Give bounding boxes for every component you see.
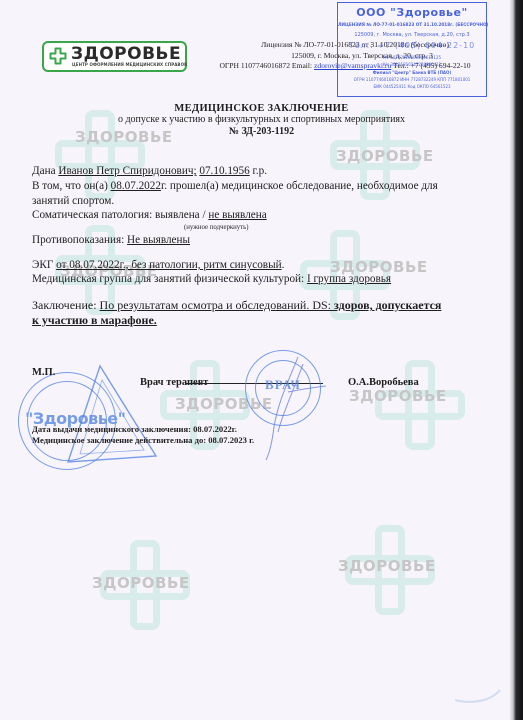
stamp-bank-line: К/с 30101810145250000411 xyxy=(338,62,486,67)
scan-edge xyxy=(510,0,523,720)
birth-date: 07.10.1956 xyxy=(199,165,249,177)
contraindications-value: Не выявлены xyxy=(127,234,190,246)
logo-tagline: ЦЕНТР ОФОРМЛЕНИЯ МЕДИЦИНСКИХ СПРАВОК xyxy=(72,62,187,67)
watermark-text: ЗДОРОВЬЕ xyxy=(338,557,436,575)
conclusion-value: По результатам осмотра и обследований. D… xyxy=(100,298,335,312)
stamp-bank-line: БИК 044525411 Код ОКПО 64561523 xyxy=(338,84,486,89)
conclusion-label: Заключение: xyxy=(32,298,100,312)
faint-stamp-trace-icon xyxy=(450,660,505,705)
contraindications-line: Противопоказания: Не выявлены xyxy=(32,234,190,246)
document-subtitle: о допуске к участию в физкультурных и сп… xyxy=(0,114,523,125)
document-number: № ЗД-203-1192 xyxy=(0,126,523,137)
watermark-cross-icon xyxy=(375,360,465,450)
issue-date: Дата выдачи медицинского заключения: 08.… xyxy=(32,424,237,434)
conclusion-verdict: здоров, допускается xyxy=(334,298,441,312)
document-page: ЗДОРОВЬЕ ЗДОРОВЬЕ ЗДОРОВЬЕ ЗДОРОВЬЕ ЗДОР… xyxy=(0,0,510,720)
patient-line: Дана Иванов Петр Спиридонович; 07.10.195… xyxy=(32,165,267,177)
valid-until: Медицинское заключение действительна до:… xyxy=(32,435,254,445)
ecg-value: от 08.07.2022г., без патологии, ритм син… xyxy=(56,259,281,271)
ecg-line: ЭКГ от 08.07.2022г., без патологии, ритм… xyxy=(32,259,284,271)
issued-to-label: Дана xyxy=(32,165,58,177)
watermark-text: ЗДОРОВЬЕ xyxy=(92,574,190,592)
company-logo: ЗДОРОВЬЕ ЦЕНТР ОФОРМЛЕНИЯ МЕДИЦИНСКИХ СП… xyxy=(42,41,187,72)
watermark-text: ЗДОРОВЬЕ xyxy=(349,387,447,405)
somatic-line: Соматическая патология: выявлена / не вы… xyxy=(32,209,267,221)
conclusion-line: Заключение: По результатам осмотра и обс… xyxy=(32,298,441,313)
ecg-label: ЭКГ xyxy=(32,259,56,271)
seal-placeholder: М.П. xyxy=(32,367,55,378)
stamp-company-name: ООО "Здоровье" xyxy=(338,6,486,19)
stamp-phone: Тел.: +7 (495) 694-22-10 xyxy=(338,41,486,50)
company-stamp: ООО "Здоровье" ЛИЦЕНЗИЯ № ЛО-77-01-01682… xyxy=(337,2,487,97)
health-group-line: Медицинская группа для занятий физическо… xyxy=(32,273,391,285)
stamp-bank-line: Р/с 40702810600000615125 xyxy=(338,55,486,60)
document-title: МЕДИЦИНСКОЕ ЗАКЛЮЧЕНИЕ xyxy=(0,103,523,114)
health-group-label: Медицинская группа для занятий физическо… xyxy=(32,273,307,285)
exam-line: В том, что он(а) 08.07.2022г. прошел(а) … xyxy=(32,180,438,192)
watermark-text: ЗДОРОВЬЕ xyxy=(336,147,434,165)
stamp-bank-line: Филиал "Центр" Банка ВТБ (ПАО) xyxy=(338,70,486,75)
plus-cross-icon xyxy=(49,47,67,65)
ogrn-text: ОГРН 1107746016872 Email: xyxy=(219,61,314,70)
exam-line-2: занятий спортом. xyxy=(32,195,114,207)
birth-suffix: г.р. xyxy=(250,165,267,177)
exam-suffix: г. прошел(а) медицинское обследование, н… xyxy=(161,180,438,192)
somatic-label: Соматическая патология: выявлена / xyxy=(32,209,208,221)
exam-date: 08.07.2022 xyxy=(111,180,161,192)
stamp-address: 125009, г. Москва, ул. Тверская, д.20, с… xyxy=(338,32,486,38)
patient-name: Иванов Петр Спиридонович; xyxy=(58,165,196,177)
health-group-value: I группа здоровья xyxy=(307,273,391,285)
conclusion-line-2: к участию в марафоне. xyxy=(32,313,157,328)
stamp-license: ЛИЦЕНЗИЯ № ЛО-77-01-016823 ОТ 31.10.2018… xyxy=(338,22,486,27)
ecg-end: . xyxy=(282,259,285,271)
stamp-bank-line: ОГРН 1107746016872 ИНН 7728732249 КПП 77… xyxy=(338,77,486,82)
somatic-value: не выявлена xyxy=(208,209,266,221)
exam-prefix: В том, что он(а) xyxy=(32,180,111,192)
doctor-name: О.А.Воробьева xyxy=(348,377,419,388)
somatic-note: (нужное подчеркнуть) xyxy=(184,224,249,231)
signature-scribble-icon xyxy=(248,352,328,462)
logo-name: ЗДОРОВЬЕ xyxy=(71,44,181,64)
contraindications-label: Противопоказания: xyxy=(32,234,127,246)
